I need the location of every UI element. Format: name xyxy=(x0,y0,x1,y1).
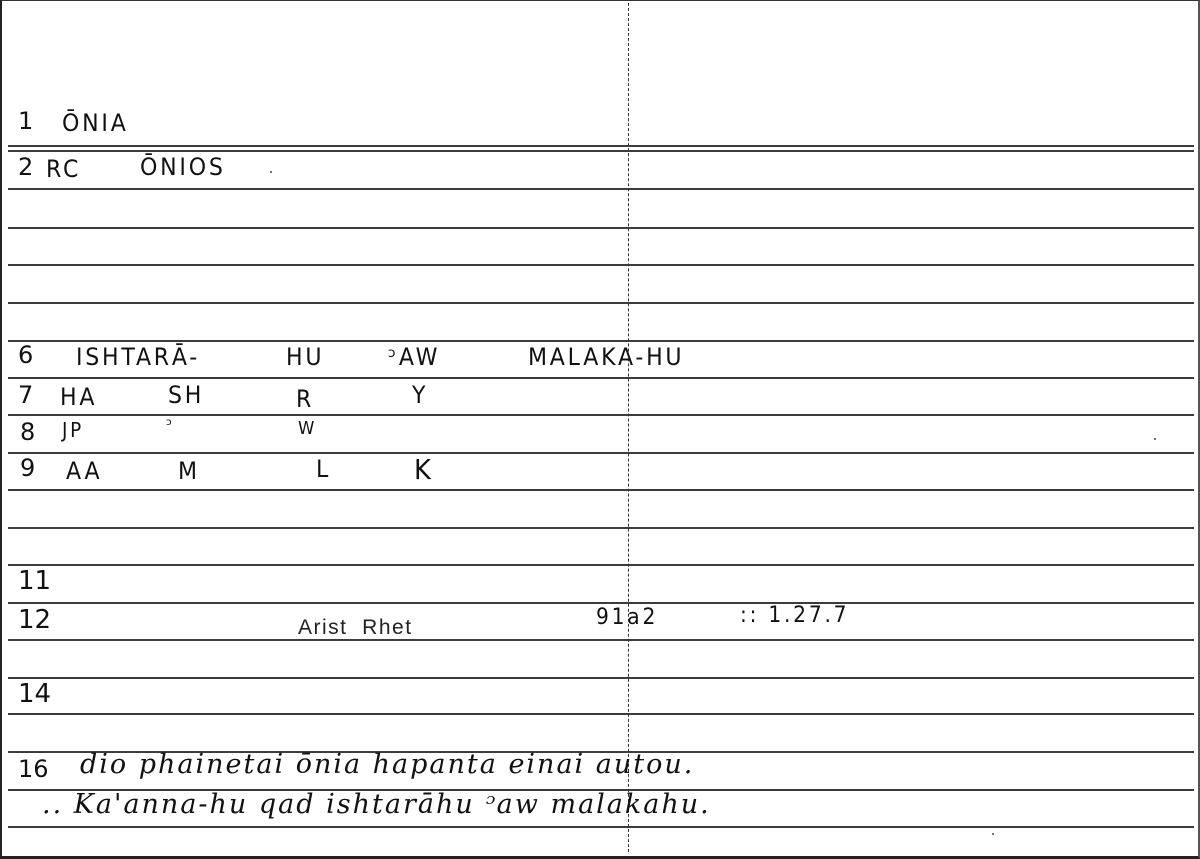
index-card: 1 ŌNIA 2 RC ŌNIOS 6 ISHTARĀ- HU ᵓAW MALA… xyxy=(0,0,1200,859)
line-number: 11 xyxy=(18,566,51,596)
line-number: 2 xyxy=(18,153,33,181)
entry-cell: K xyxy=(414,453,434,486)
source-reference-secondary: :: 1.27.7 xyxy=(740,603,849,628)
entry-cell: HA xyxy=(60,383,97,411)
rule-line xyxy=(8,145,1194,147)
entry-cell: W xyxy=(298,418,317,439)
transliteration-line: dio phainetai ōnia hapanta einai autou. xyxy=(80,749,694,780)
rule-line xyxy=(8,489,1194,491)
scan-speck xyxy=(270,171,272,173)
rule-line xyxy=(8,414,1194,416)
entry-cell: M xyxy=(178,457,200,485)
entry-cell: ISHTARĀ- xyxy=(76,343,200,371)
rule-line xyxy=(8,677,1194,679)
entry-cell: ᵓ xyxy=(166,415,175,436)
entry-cell: R xyxy=(296,385,314,413)
entry-cell: ŌNIOS xyxy=(140,153,226,181)
entry-cell: L xyxy=(316,455,331,483)
center-divider-line xyxy=(628,3,629,852)
line-number: 12 xyxy=(18,605,51,635)
line-number: 6 xyxy=(18,341,33,369)
line-number: 14 xyxy=(18,679,51,709)
rule-line xyxy=(8,150,1194,152)
line-number: 8 xyxy=(20,418,35,446)
entry-cell: ᵓAW xyxy=(388,343,440,371)
entry-headword: ŌNIA xyxy=(62,109,129,137)
translation-line: .. Ka'anna-hu qad ishtarāhu ᵓaw malakahu… xyxy=(42,789,711,820)
rule-line xyxy=(8,302,1194,304)
source-citation: Arist Rhet xyxy=(298,616,413,640)
entry-cell: HU xyxy=(286,343,324,371)
rule-line xyxy=(8,527,1194,529)
rule-line xyxy=(8,227,1194,229)
rule-line xyxy=(8,564,1194,566)
rule-line xyxy=(8,377,1194,379)
rule-line xyxy=(8,188,1194,190)
entry-cell: AA xyxy=(66,457,102,485)
rule-line xyxy=(8,264,1194,266)
line-number: 16 xyxy=(18,755,49,783)
scan-speck xyxy=(992,833,994,835)
rule-line xyxy=(8,340,1194,342)
entry-cell: Y xyxy=(412,381,428,409)
entry-cell: SH xyxy=(168,381,204,409)
rule-line xyxy=(8,602,1194,604)
line-number: 9 xyxy=(20,454,35,482)
line-number: 7 xyxy=(18,381,33,409)
scan-speck xyxy=(1154,438,1156,440)
entry-cell: RC xyxy=(46,155,81,183)
rule-line xyxy=(8,639,1194,641)
source-reference: 91a2 xyxy=(596,605,658,630)
rule-line xyxy=(8,713,1194,715)
line-number: 1 xyxy=(18,107,33,135)
rule-line xyxy=(8,452,1194,454)
entry-cell: JP xyxy=(62,418,84,442)
entry-cell: MALAKA-HU xyxy=(528,343,684,371)
rule-line xyxy=(8,826,1194,828)
